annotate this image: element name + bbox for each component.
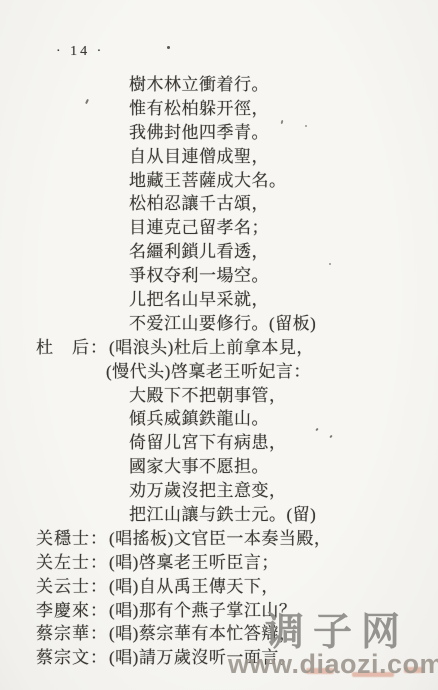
script-text-block: 樹木林立衝着行。惟有松柏躲开徑，我佛封他四季青。自从目連僧成聖，地藏王菩薩成大名… xyxy=(36,73,432,670)
script-line: 不爱江山要修行。(留板) xyxy=(129,312,432,336)
script-line: 惟有松柏躲开徑， xyxy=(129,97,432,121)
script-line: 倚留儿宮下有病患， xyxy=(129,431,432,455)
line-text: 傾兵威鎮鉄龍山。 xyxy=(129,409,269,428)
script-line: 儿把名山早采就， xyxy=(129,288,432,312)
line-text: 不爱江山要修行。(留板) xyxy=(129,314,316,333)
script-line: 蔡宗文：(唱)請万歲沒听一面言。 xyxy=(36,646,432,670)
line-text: 爭权夺利一場空。 xyxy=(129,266,269,285)
line-text: (唱搖板)文官臣一本奏当殿， xyxy=(109,529,331,548)
speaker-name: 杜 后： xyxy=(36,338,108,357)
scan-speck xyxy=(329,263,331,265)
speaker-name: 李慶來： xyxy=(36,601,108,620)
line-text: (唱)那有个燕子掌江山？ xyxy=(109,601,296,620)
script-line: 杜 后：(唱浪头)杜后上前拿本見， xyxy=(36,336,432,360)
line-text: 自从目連僧成聖， xyxy=(129,147,269,166)
line-text: 儿把名山早采就， xyxy=(129,290,269,309)
line-text: (唱)自从禹王傳天下， xyxy=(109,577,279,596)
script-line: 蔡宗華：(唱)蔡宗華有本忙答辯， xyxy=(36,622,432,646)
script-line: 傾兵威鎮鉄龍山。 xyxy=(129,407,432,431)
speaker-name: 蔡宗華： xyxy=(36,624,108,643)
line-text: 地藏王菩薩成大名。 xyxy=(129,171,287,190)
script-line: (慢代头)啓稟老王听妃言： xyxy=(106,360,432,384)
line-text: 惟有松柏躲开徑， xyxy=(129,99,269,118)
line-text: 目連克己留孝名； xyxy=(129,218,269,237)
script-line: 把江山讓与鉄士元。(留) xyxy=(129,503,432,527)
script-line: 國家大事不愿担。 xyxy=(129,455,432,479)
script-line: 自从目連僧成聖， xyxy=(129,145,432,169)
script-line: 李慶來：(唱)那有个燕子掌江山？ xyxy=(36,599,432,623)
line-text: (唱)蔡宗華有本忙答辯， xyxy=(109,624,296,643)
scan-speck xyxy=(305,125,307,127)
script-line: 我佛封他四季青。 xyxy=(129,121,432,145)
script-line: 地藏王菩薩成大名。 xyxy=(129,169,432,193)
line-text: 劝万歲沒把主意变， xyxy=(129,481,287,500)
script-line: 爭权夺利一場空。 xyxy=(129,264,432,288)
line-text: 國家大事不愿担。 xyxy=(129,457,269,476)
line-text: 倚留儿宮下有病患， xyxy=(129,433,287,452)
line-text: (唱浪头)杜后上前拿本見， xyxy=(109,338,314,357)
script-line: 关左士：(唱)啓稟老王听臣言； xyxy=(36,551,432,575)
scan-speck xyxy=(167,46,170,49)
script-line: 松柏忍讓千古頌， xyxy=(129,192,432,216)
line-text: 把江山讓与鉄士元。(留) xyxy=(129,505,316,524)
script-line: 目連克己留孝名； xyxy=(129,216,432,240)
red-print-artifact xyxy=(352,672,394,677)
script-line: 樹木林立衝着行。 xyxy=(129,73,432,97)
script-line: 名繮利鎖儿看透， xyxy=(129,240,432,264)
speaker-name: 蔡宗文： xyxy=(36,648,108,667)
scanned-page: · 14 · 樹木林立衝着行。惟有松柏躲开徑，我佛封他四季青。自从目連僧成聖，地… xyxy=(0,0,438,690)
speaker-name: 关云士： xyxy=(36,577,108,596)
script-line: 关穩士：(唱搖板)文官臣一本奏当殿， xyxy=(36,527,432,551)
line-text: (唱)啓稟老王听臣言； xyxy=(109,553,279,572)
line-text: 我佛封他四季青。 xyxy=(129,123,269,142)
script-line: 劝万歲沒把主意变， xyxy=(129,479,432,503)
line-text: (唱)請万歲沒听一面言。 xyxy=(109,648,296,667)
script-line: 关云士：(唱)自从禹王傳天下， xyxy=(36,575,432,599)
speaker-name: 关穩士： xyxy=(36,529,108,548)
line-text: 大殿下不把朝事管， xyxy=(129,386,287,405)
line-text: (慢代头)啓稟老王听妃言： xyxy=(106,362,311,381)
line-text: 名繮利鎖儿看透， xyxy=(129,242,269,261)
line-text: 松柏忍讓千古頌， xyxy=(129,194,269,213)
speaker-name: 关左士： xyxy=(36,553,108,572)
script-line: 大殿下不把朝事管， xyxy=(129,384,432,408)
line-text: 樹木林立衝着行。 xyxy=(129,75,269,94)
page-number: · 14 · xyxy=(56,44,104,60)
